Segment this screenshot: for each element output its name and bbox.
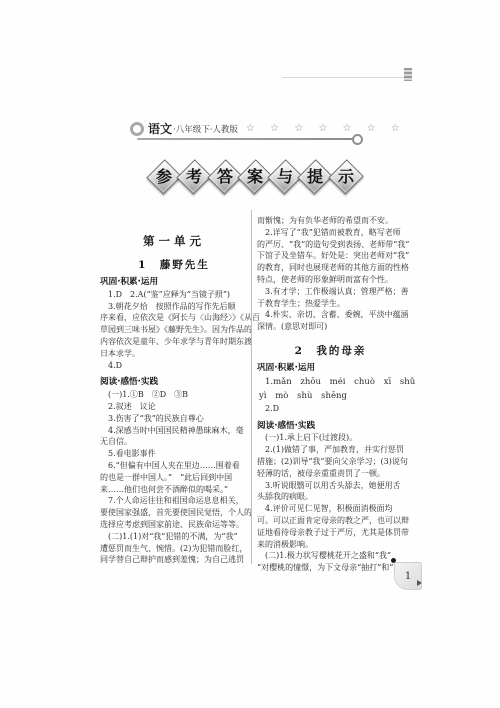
- text-line: 4.评价可见仁见智，积极面消极面均: [257, 503, 404, 515]
- text-line: 轻薄的话，被母亲重重责罚了一顿。: [257, 468, 404, 480]
- page-number: 1: [405, 571, 411, 582]
- stars-decoration: ☆ ☆ ☆ ☆ ☆ ☆ ☆: [246, 123, 406, 134]
- title-char: 考: [186, 169, 202, 185]
- text-line: (一)1.承上启下(过渡段)。: [257, 432, 404, 444]
- text-line: 遭惩罚而生气、惋惜。(2)为犯错而脸红，: [100, 543, 248, 555]
- section-heading: 巩固·积累·运用: [100, 277, 248, 289]
- page-edge-tick: [404, 68, 412, 81]
- text-line: 特点，使老师的形象鲜明而富有个性。: [257, 274, 404, 286]
- text-line: “对樱桃的憧憬，为下文母亲“抽打”和“我”: [257, 562, 404, 574]
- subject-label: 语文: [148, 122, 172, 136]
- text-line: 的也是一群中国人。” “此后回到中国: [100, 472, 248, 484]
- text-line: 5.看电影事件: [100, 448, 248, 460]
- text-line: 同学替自己辩护而感到羞愧；为自己逃罚: [100, 554, 248, 566]
- section-heading: 阅读·感悟·实践: [257, 421, 404, 433]
- text-line: (一)1.①B ②D ③B: [100, 389, 248, 401]
- title-char: 提: [308, 169, 324, 185]
- title-char: 答: [217, 169, 233, 185]
- text-line: 于教育学生；热爱学生。: [257, 298, 404, 310]
- text-line: 草园到三味书屋》《藤野先生》。因为作品的: [100, 324, 248, 336]
- text-line: 3.朝花夕拾 按照作品的写作先后顺: [100, 301, 248, 313]
- title-char: 与: [277, 169, 293, 185]
- ring-ornament-icon: [130, 122, 144, 136]
- text-line: 3.有才学；工作极端认真；管理严格；善: [257, 286, 404, 298]
- edition-label: ·八年级下·人教版: [173, 125, 238, 135]
- page-number-corner: 1: [390, 558, 424, 592]
- unit-heading: 第一单元: [100, 215, 248, 247]
- scanned-answer-page: { "header": { "subject": "语文", "edition"…: [0, 0, 500, 708]
- title-char: 案: [247, 169, 263, 185]
- text-line: 日本求学。: [100, 348, 248, 360]
- title-char: 示: [338, 169, 354, 185]
- text-line: 7.个人命运往往和祖国命运息息相关，: [100, 495, 248, 507]
- text-line: 的严厉、“我”的造句受到表扬、老师带“我”: [257, 239, 404, 251]
- title-tile: 示: [328, 159, 364, 195]
- lesson-title: 1 藤野先生: [100, 259, 248, 271]
- text-line: 可。可以正面肯定母亲的教之严，也可以辩: [257, 515, 404, 527]
- section-heading: 阅读·感悟·实践: [100, 377, 248, 389]
- text-line: 3.听说眼翳可以用舌头舔去，她便用舌: [257, 480, 404, 492]
- text-line: 要使国家强盛，首先要使国民觉悟，个人的: [100, 507, 248, 519]
- page-title-banner: 参 考 答 案 与 提 示: [149, 161, 361, 193]
- column-divider: [251, 210, 252, 564]
- text-line: 而惭愧；为有负华老师的希望而不安。: [257, 215, 404, 227]
- left-column: 第一单元1 藤野先生巩固·积累·运用1.D 2.A(“鉴”应释为“当镜子照”)3…: [100, 215, 248, 566]
- text-line: (二)1.(1)对“我”犯错的不满，为“我”: [100, 531, 248, 543]
- text-line: 证地看待母亲教子过于严厉，尤其是体罚带: [257, 527, 404, 539]
- text-line: 头舔我的病眼。: [257, 491, 404, 503]
- text-line: 的教育，同时也展现老师的其他方面的性格: [257, 262, 404, 274]
- header-rule-end-circle-icon: [352, 134, 363, 145]
- text-line: 1.D 2.A(“鉴”应释为“当镜子照”): [100, 289, 248, 301]
- lesson-title: 2 我的母亲: [257, 345, 404, 357]
- text-line: 6.“但偏有中国人夹在里边……围着看: [100, 460, 248, 472]
- section-heading: 巩固·积累·运用: [257, 363, 404, 375]
- text-line: 措施；(2)训导“我”要向父亲学习；(3)说句: [257, 456, 404, 468]
- text-line: 2.详写了“我”犯错而被教育，略写老师: [257, 227, 404, 239]
- text-line: 深情。(意思对即可): [257, 321, 404, 333]
- text-line: 序来看，应依次是《阿长与〈山海经〉》《从百: [100, 312, 248, 324]
- text-line: 4.深感当时中国国民精神愚昧麻木，毫: [100, 425, 248, 437]
- corner-arrow-icon: [417, 580, 422, 586]
- text-line: 无自信。: [100, 436, 248, 448]
- text-line: 来的消极影响。: [257, 539, 404, 551]
- text-line: 2.D: [257, 403, 404, 415]
- text-line: 2.(1)做错了事，严加教育，并实行惩罚: [257, 444, 404, 456]
- right-column: 而惭愧；为有负华老师的希望而不安。2.详写了“我”犯错而被教育，略写老师的严厉、…: [257, 215, 404, 574]
- header-band: 语文·八年级下·人教版☆ ☆ ☆ ☆ ☆ ☆ ☆: [130, 118, 376, 138]
- page-edge-line: [282, 77, 410, 78]
- text-line: 3.伤害了“我”的民族自尊心: [100, 413, 248, 425]
- header-rule: [137, 138, 361, 140]
- text-line: 内容依次是童年、少年求学与青年时期东渡: [100, 336, 248, 348]
- text-line: yì mò shù shēng: [257, 389, 404, 403]
- text-line: 4.朴实、亲切、含蓄、委婉，平淡中蕴涵: [257, 309, 404, 321]
- text-line: 来……他们也何尝不酒醉似的喝采。”: [100, 484, 248, 496]
- text-line: 选择应考虑到国家前途、民族命运等等。: [100, 519, 248, 531]
- title-char: 参: [156, 169, 172, 185]
- text-line: 1.mǎn zhōu méi chuò xī shǔ: [257, 375, 404, 389]
- text-line: 4.D: [100, 360, 248, 372]
- text-line: 下馆子及坐错车。好处是：突出老师对“我”: [257, 250, 404, 262]
- text-line: (二)1.极力状写樱桃花开之盛和“我”: [257, 550, 404, 562]
- text-line: 2.叙述 议论: [100, 401, 248, 413]
